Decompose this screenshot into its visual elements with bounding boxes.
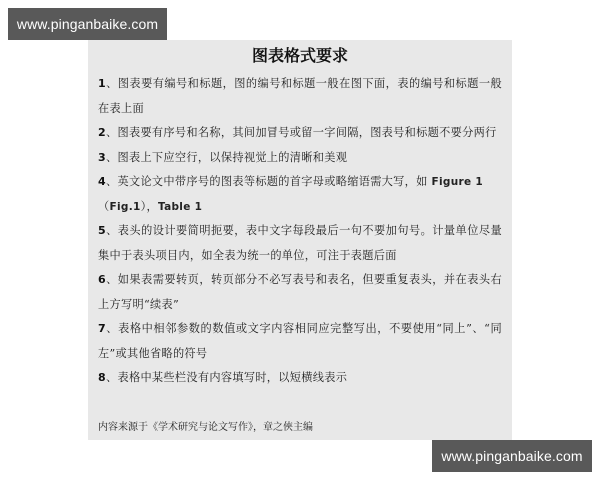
paren-close: ）， (141, 200, 158, 213)
list-item-2: 2、图表要有序号和名称，其间加冒号或留一字间隔，图表号和标题不要分两行 (98, 121, 502, 146)
item-text: 表格中某些栏没有内容填写时，以短横线表示 (117, 371, 347, 384)
list-item-5: 5、表头的设计要简明扼要，表中文字每段最后一句不要加句号。计量单位尽量集中于表头… (98, 219, 502, 268)
item-text: 图表要有序号和名称，其间加冒号或留一字间隔，图表号和标题不要分两行 (117, 126, 496, 139)
requirements-list: 1、图表要有编号和标题，图的编号和标题一般在图下面，表的编号和标题一般在表上面 … (98, 72, 502, 391)
item-number: 2 (98, 126, 106, 139)
table-example: Table 1 (158, 201, 202, 213)
item-text: 英文论文中带序号的图表等标题的首字母或略缩语需大写，如 (117, 175, 431, 188)
item-number: 8 (98, 371, 106, 384)
item-separator: 、 (106, 151, 118, 164)
item-separator: 、 (106, 371, 118, 384)
item-separator: 、 (106, 224, 118, 237)
item-text: 表格中相邻参数的数值或文字内容相同应完整写出，不要使用“同上”、“同左”或其他省… (98, 322, 502, 360)
item-separator: 、 (106, 175, 118, 188)
list-item-7: 7、表格中相邻参数的数值或文字内容相同应完整写出，不要使用“同上”、“同左”或其… (98, 317, 502, 366)
item-separator: 、 (106, 126, 118, 139)
figure-example: Figure 1 (432, 176, 483, 188)
list-item-4: 4、英文论文中带序号的图表等标题的首字母或略缩语需大写，如 Figure 1（F… (98, 170, 502, 219)
item-separator: 、 (106, 77, 118, 90)
item-text: 表头的设计要简明扼要，表中文字每段最后一句不要加句号。计量单位尽量集中于表头项目… (98, 224, 502, 262)
item-separator: 、 (106, 322, 118, 335)
item-number: 7 (98, 322, 106, 335)
paren-open: （ (98, 200, 110, 213)
item-text: 图表上下应空行，以保持视觉上的清晰和美观 (117, 151, 347, 164)
item-number: 3 (98, 151, 106, 164)
list-item-6: 6、如果表需要转页，转页部分不必写表号和表名，但要重复表头，并在表头右上方写明“… (98, 268, 502, 317)
item-number: 6 (98, 273, 106, 286)
watermark-bottom-right: www.pinganbaike.com (432, 440, 592, 472)
item-separator: 、 (106, 273, 118, 286)
list-item-3: 3、图表上下应空行，以保持视觉上的清晰和美观 (98, 146, 502, 171)
list-item-1: 1、图表要有编号和标题，图的编号和标题一般在图下面，表的编号和标题一般在表上面 (98, 72, 502, 121)
document-title: 图表格式要求 (98, 44, 502, 68)
item-number: 1 (98, 77, 106, 90)
item-text: 图表要有编号和标题，图的编号和标题一般在图下面，表的编号和标题一般在表上面 (98, 77, 502, 115)
list-item-8: 8、表格中某些栏没有内容填写时，以短横线表示 (98, 366, 502, 391)
source-citation: 内容来源于《学术研究与论文写作》，章之俠主编 (98, 418, 313, 438)
item-number: 5 (98, 224, 106, 237)
item-number: 4 (98, 175, 106, 188)
watermark-top-left: www.pinganbaike.com (8, 8, 167, 40)
item-text: 如果表需要转页，转页部分不必写表号和表名，但要重复表头，并在表头右上方写明“续表… (98, 273, 502, 311)
document-panel: 图表格式要求 1、图表要有编号和标题，图的编号和标题一般在图下面，表的编号和标题… (88, 40, 512, 440)
fig-abbrev-example: Fig.1 (110, 201, 141, 213)
